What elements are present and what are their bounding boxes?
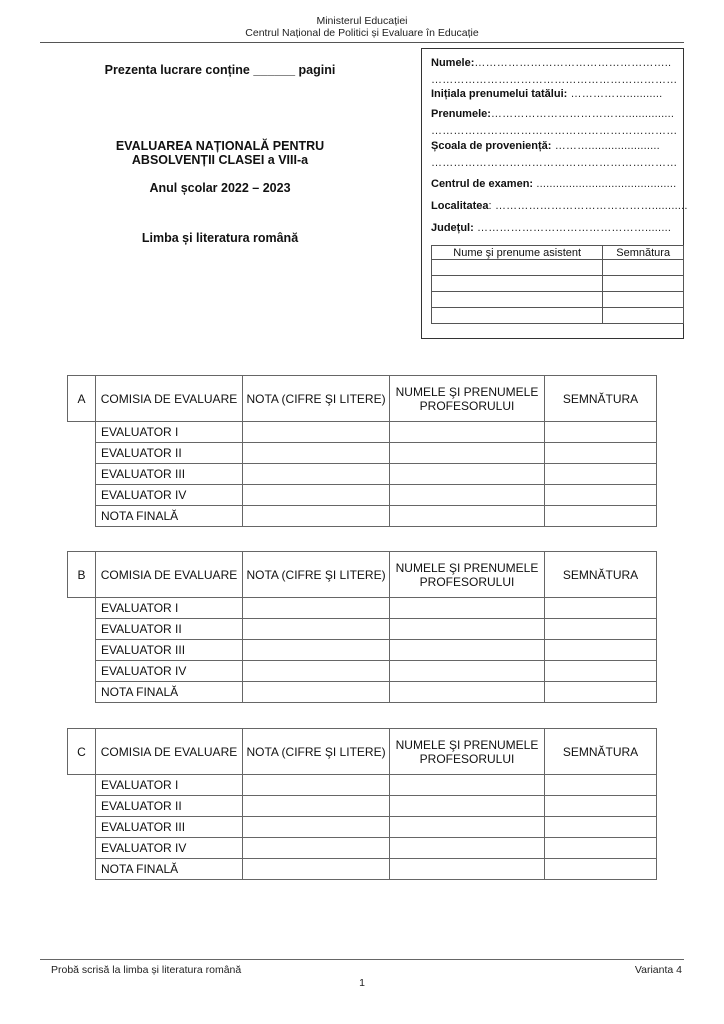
evaluator-label: EVALUATOR II — [96, 796, 243, 817]
id-field-label: Județul: — [431, 222, 474, 234]
grade-cell[interactable] — [243, 838, 390, 859]
grade-cell[interactable] — [243, 640, 390, 661]
id-field-dots: ........................................… — [533, 178, 676, 190]
signature-cell[interactable] — [545, 619, 657, 640]
column-header: COMISIA DE EVALUARE — [96, 552, 243, 598]
footer-exam-name: Probă scrisă la limba și literatura româ… — [51, 964, 241, 976]
column-header: COMISIA DE EVALUARE — [96, 376, 243, 422]
id-field-dots: ………………………………………........ — [474, 222, 671, 234]
assistant-table: Nume şi prenume asistentSemnătura — [431, 245, 684, 324]
teacher-name-cell[interactable] — [390, 422, 545, 443]
evaluator-row: EVALUATOR IV — [68, 485, 657, 506]
teacher-name-cell[interactable] — [390, 443, 545, 464]
evaluator-row: EVALUATOR IV — [68, 661, 657, 682]
footer-variant: Varianta 4 — [635, 964, 682, 976]
id-field-dots: ……………........... — [567, 88, 662, 100]
assistant-signature-cell[interactable] — [603, 292, 684, 308]
section-letter: B — [68, 552, 96, 598]
exam-title-line2: ABSOLVENȚII CLASEI a VIII-a — [40, 153, 400, 167]
teacher-name-cell[interactable] — [390, 682, 545, 703]
signature-cell[interactable] — [545, 422, 657, 443]
id-field[interactable]: Centrul de examen: .....................… — [431, 178, 676, 190]
assistant-signature-cell[interactable] — [603, 276, 684, 292]
signature-cell[interactable] — [545, 838, 657, 859]
spacer-cell — [68, 422, 96, 443]
teacher-name-cell[interactable] — [390, 506, 545, 527]
assistant-name-cell[interactable] — [432, 276, 603, 292]
ministry-name: Ministerul Educației — [0, 15, 724, 27]
spacer-cell — [68, 640, 96, 661]
id-field-dots: ………………………………………………………… — [431, 125, 677, 137]
evaluator-label: EVALUATOR IV — [96, 485, 243, 506]
id-field-dots: : ……………………………………........... — [488, 200, 687, 212]
spacer-cell — [68, 485, 96, 506]
evaluation-table-b: BCOMISIA DE EVALUARENOTA (CIFRE ŞI LITER… — [67, 551, 657, 703]
evaluator-row: EVALUATOR II — [68, 619, 657, 640]
id-field[interactable]: Județul: ………………………………………........ — [431, 222, 671, 234]
assistant-table-header: Nume şi prenume asistent — [432, 246, 603, 260]
section-letter: C — [68, 729, 96, 775]
column-header: NOTA (CIFRE ŞI LITERE) — [243, 729, 390, 775]
assistant-row — [432, 276, 684, 292]
signature-cell[interactable] — [545, 598, 657, 619]
teacher-name-cell[interactable] — [390, 775, 545, 796]
evaluation-table-c: CCOMISIA DE EVALUARENOTA (CIFRE ŞI LITER… — [67, 728, 657, 880]
column-header: SEMNĂTURA — [545, 376, 657, 422]
id-field-continuation[interactable]: ………………………………………………………… — [431, 74, 677, 86]
page-number: 1 — [0, 977, 724, 989]
signature-cell[interactable] — [545, 443, 657, 464]
assistant-name-cell[interactable] — [432, 292, 603, 308]
evaluator-row: EVALUATOR I — [68, 422, 657, 443]
evaluator-label: NOTA FINALĂ — [96, 682, 243, 703]
id-field-label: Inițiala prenumelui tatălui: — [431, 88, 567, 100]
evaluator-row: EVALUATOR I — [68, 598, 657, 619]
evaluator-row: EVALUATOR II — [68, 796, 657, 817]
assistant-row — [432, 292, 684, 308]
spacer-cell — [68, 796, 96, 817]
assistant-row — [432, 308, 684, 324]
id-field-dots: ………………………………………………………… — [431, 157, 677, 169]
id-field-dots: ………………………………............... — [491, 108, 674, 120]
column-header: NOTA (CIFRE ŞI LITERE) — [243, 552, 390, 598]
evaluator-row: EVALUATOR IV — [68, 838, 657, 859]
evaluator-label: EVALUATOR I — [96, 598, 243, 619]
evaluator-row: EVALUATOR I — [68, 775, 657, 796]
signature-cell[interactable] — [545, 817, 657, 838]
evaluator-label: EVALUATOR IV — [96, 661, 243, 682]
grade-cell[interactable] — [243, 859, 390, 880]
teacher-name-cell[interactable] — [390, 817, 545, 838]
id-field-label: Numele: — [431, 57, 474, 69]
document-header: Ministerul Educației Centrul Național de… — [0, 15, 724, 39]
spacer-cell — [68, 443, 96, 464]
section-letter: A — [68, 376, 96, 422]
evaluator-row: EVALUATOR II — [68, 443, 657, 464]
signature-cell[interactable] — [545, 640, 657, 661]
grade-cell[interactable] — [243, 443, 390, 464]
evaluator-label: NOTA FINALĂ — [96, 859, 243, 880]
evaluator-row: NOTA FINALĂ — [68, 506, 657, 527]
grade-cell[interactable] — [243, 661, 390, 682]
grade-cell[interactable] — [243, 464, 390, 485]
teacher-name-cell[interactable] — [390, 619, 545, 640]
center-name: Centrul Național de Politici și Evaluare… — [0, 27, 724, 39]
assistant-name-cell[interactable] — [432, 260, 603, 276]
header-divider — [40, 42, 684, 43]
id-field[interactable]: Școala de proveniență: ………..............… — [431, 140, 660, 152]
page-count-line: Prezenta lucrare conține ______ pagini — [40, 63, 400, 77]
teacher-name-cell[interactable] — [390, 838, 545, 859]
teacher-name-cell[interactable] — [390, 796, 545, 817]
grade-cell[interactable] — [243, 817, 390, 838]
id-field-continuation[interactable]: ………………………………………………………… — [431, 125, 677, 137]
signature-cell[interactable] — [545, 796, 657, 817]
signature-cell[interactable] — [545, 859, 657, 880]
grade-cell[interactable] — [243, 796, 390, 817]
grade-cell[interactable] — [243, 619, 390, 640]
id-field[interactable]: Inițiala prenumelui tatălui: ……………......… — [431, 88, 662, 100]
evaluator-label: EVALUATOR III — [96, 464, 243, 485]
grade-cell[interactable] — [243, 682, 390, 703]
spacer-cell — [68, 598, 96, 619]
school-year: Anul școlar 2022 – 2023 — [40, 181, 400, 195]
evaluator-label: EVALUATOR II — [96, 619, 243, 640]
signature-cell[interactable] — [545, 682, 657, 703]
id-field-dots: …………………………………………….. — [474, 57, 671, 69]
grade-cell[interactable] — [243, 775, 390, 796]
teacher-name-cell[interactable] — [390, 485, 545, 506]
id-field[interactable]: Numele:…………………………………………….. — [431, 57, 671, 69]
id-field-label: Centrul de examen: — [431, 178, 533, 190]
evaluator-label: EVALUATOR II — [96, 443, 243, 464]
exam-title-line1: EVALUAREA NAȚIONALĂ PENTRU — [40, 139, 400, 153]
teacher-name-cell[interactable] — [390, 464, 545, 485]
column-header: SEMNĂTURA — [545, 552, 657, 598]
spacer-cell — [68, 859, 96, 880]
evaluator-label: EVALUATOR III — [96, 640, 243, 661]
id-field-label: Prenumele: — [431, 108, 491, 120]
signature-cell[interactable] — [545, 464, 657, 485]
assistant-name-cell[interactable] — [432, 308, 603, 324]
grade-cell[interactable] — [243, 506, 390, 527]
spacer-cell — [68, 661, 96, 682]
candidate-id-box: Numele:……………………………………………..……………………………………… — [421, 48, 684, 339]
id-field[interactable]: Prenumele:………………………………............... — [431, 108, 674, 120]
teacher-name-cell[interactable] — [390, 640, 545, 661]
column-header: NUMELE ŞI PRENUMELE PROFESORULUI — [390, 729, 545, 775]
column-header: NUMELE ŞI PRENUMELE PROFESORULUI — [390, 376, 545, 422]
spacer-cell — [68, 464, 96, 485]
id-field-dots: ………...................... — [551, 140, 660, 152]
spacer-cell — [68, 817, 96, 838]
evaluation-table-a: ACOMISIA DE EVALUARENOTA (CIFRE ŞI LITER… — [67, 375, 657, 527]
footer-divider — [40, 959, 684, 960]
evaluator-label: EVALUATOR III — [96, 817, 243, 838]
evaluator-label: EVALUATOR I — [96, 422, 243, 443]
evaluator-row: NOTA FINALĂ — [68, 682, 657, 703]
assistant-row — [432, 260, 684, 276]
column-header: NUMELE ŞI PRENUMELE PROFESORULUI — [390, 552, 545, 598]
spacer-cell — [68, 775, 96, 796]
subject-name: Limba și literatura română — [40, 231, 400, 245]
grade-cell[interactable] — [243, 485, 390, 506]
spacer-cell — [68, 506, 96, 527]
evaluator-row: EVALUATOR III — [68, 464, 657, 485]
signature-cell[interactable] — [545, 661, 657, 682]
evaluator-row: NOTA FINALĂ — [68, 859, 657, 880]
column-header: NOTA (CIFRE ŞI LITERE) — [243, 376, 390, 422]
id-field[interactable]: Localitatea: ……………………………………........... — [431, 200, 688, 212]
teacher-name-cell[interactable] — [390, 598, 545, 619]
evaluator-label: EVALUATOR I — [96, 775, 243, 796]
assistant-table-header: Semnătura — [603, 246, 684, 260]
evaluator-label: NOTA FINALĂ — [96, 506, 243, 527]
spacer-cell — [68, 619, 96, 640]
signature-cell[interactable] — [545, 485, 657, 506]
evaluator-label: EVALUATOR IV — [96, 838, 243, 859]
id-field-continuation[interactable]: ………………………………………………………… — [431, 157, 677, 169]
signature-cell[interactable] — [545, 775, 657, 796]
evaluator-row: EVALUATOR III — [68, 817, 657, 838]
spacer-cell — [68, 838, 96, 859]
spacer-cell — [68, 682, 96, 703]
signature-cell[interactable] — [545, 506, 657, 527]
teacher-name-cell[interactable] — [390, 661, 545, 682]
id-field-label: Școala de proveniență: — [431, 140, 551, 152]
exam-title: EVALUAREA NAȚIONALĂ PENTRU ABSOLVENȚII C… — [40, 139, 400, 167]
column-header: SEMNĂTURA — [545, 729, 657, 775]
grade-cell[interactable] — [243, 598, 390, 619]
column-header: COMISIA DE EVALUARE — [96, 729, 243, 775]
teacher-name-cell[interactable] — [390, 859, 545, 880]
id-field-label: Localitatea — [431, 200, 488, 212]
id-field-dots: ………………………………………………………… — [431, 74, 677, 86]
evaluator-row: EVALUATOR III — [68, 640, 657, 661]
assistant-signature-cell[interactable] — [603, 308, 684, 324]
assistant-signature-cell[interactable] — [603, 260, 684, 276]
grade-cell[interactable] — [243, 422, 390, 443]
